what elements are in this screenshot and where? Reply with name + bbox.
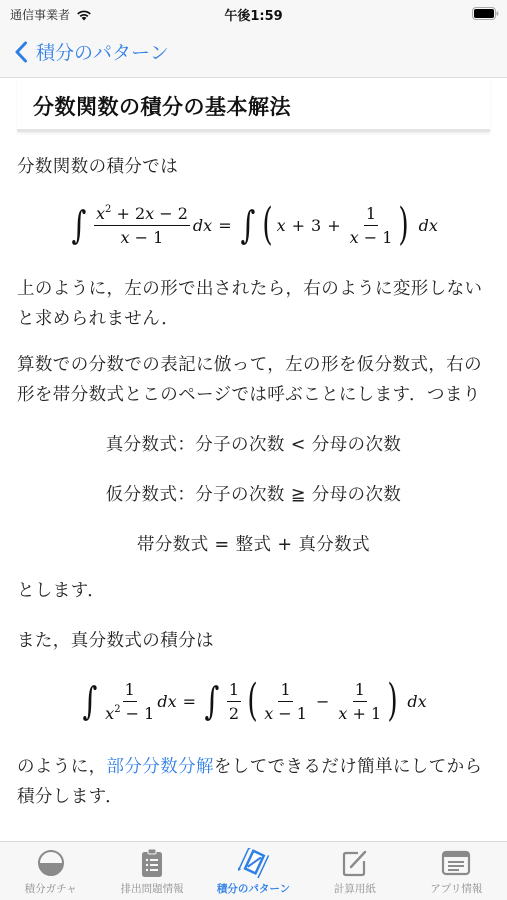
proper-fraction-intro: また，真分数式の積分は bbox=[17, 626, 490, 656]
page-title-header: 分数関数の積分の基本解法 bbox=[17, 79, 490, 132]
equation-improper-to-mixed: ∫ x2 + 2x − 2 x − 1 dx = ∫ ( x+3+ 1 x − … bbox=[0, 192, 507, 258]
definition-improper-fraction: 仮分数式：分子の次数 ≧ 分母の次数 bbox=[0, 480, 507, 510]
tab-integral-gacha[interactable]: 積分ガチャ bbox=[0, 842, 101, 900]
tab-label: 排出問題情報 bbox=[121, 881, 184, 896]
definition-proper-fraction: 真分数式：分子の次数 < 分母の次数 bbox=[0, 430, 507, 460]
tab-bar: 積分ガチャ 排出問題情報 bbox=[0, 841, 507, 900]
clipboard-list-icon bbox=[139, 848, 165, 878]
status-bar: 通信事業者 午後1:59 bbox=[0, 0, 507, 28]
tab-label: 計算用紙 bbox=[334, 881, 376, 896]
pattern-ruler-icon bbox=[238, 848, 270, 878]
back-label: 積分のパターン bbox=[36, 38, 169, 65]
tab-label: アプリ情報 bbox=[430, 881, 482, 896]
equation-partial-fraction: ∫ 1 x2 − 1 dx = ∫ 1 2 ( 1 x − 1 − 1 x + … bbox=[0, 668, 507, 734]
tab-app-info[interactable]: アプリ情報 bbox=[406, 842, 507, 900]
chevron-left-icon bbox=[14, 41, 28, 63]
battery-icon bbox=[472, 7, 499, 20]
page-title: 分数関数の積分の基本解法 bbox=[33, 91, 474, 121]
content-scroll-area[interactable]: 分数関数の積分の基本解法 分数関数の積分では ∫ x2 + 2x − 2 x −… bbox=[0, 79, 507, 841]
navigation-bar: 積分のパターン bbox=[0, 28, 507, 78]
partial-fraction-text: のように，部分分数分解をしてできるだけ簡単にしてから積分します． bbox=[17, 752, 490, 812]
definition-mixed-fraction: 帯分数式 = 整式 + 真分数式 bbox=[0, 530, 507, 560]
compose-pencil-icon bbox=[340, 848, 370, 878]
tab-problem-info[interactable]: 排出問題情報 bbox=[101, 842, 202, 900]
status-time: 午後1:59 bbox=[0, 5, 507, 24]
intro-text: 分数関数の積分では bbox=[17, 152, 490, 182]
tab-label: 積分ガチャ bbox=[25, 881, 77, 896]
gacha-half-circle-icon bbox=[37, 849, 65, 877]
tab-label: 積分のパターン bbox=[217, 881, 290, 896]
explanation-text-2: 算数での分数での表記に倣って，左の形を仮分数式，右の形を帯分数式とこのページでは… bbox=[17, 350, 490, 410]
tab-integral-patterns[interactable]: 積分のパターン bbox=[203, 842, 304, 900]
info-list-icon bbox=[441, 849, 471, 877]
back-button[interactable]: 積分のパターン bbox=[14, 38, 169, 65]
partial-fraction-link[interactable]: 部分分数分解 bbox=[107, 757, 214, 777]
conclusion-text: とします． bbox=[17, 576, 490, 606]
partial-fraction-text-before: のように， bbox=[17, 757, 107, 777]
explanation-text-1: 上のように，左の形で出されたら，右のように変形しないと求められません． bbox=[17, 274, 490, 334]
tab-scratch-paper[interactable]: 計算用紙 bbox=[304, 842, 405, 900]
